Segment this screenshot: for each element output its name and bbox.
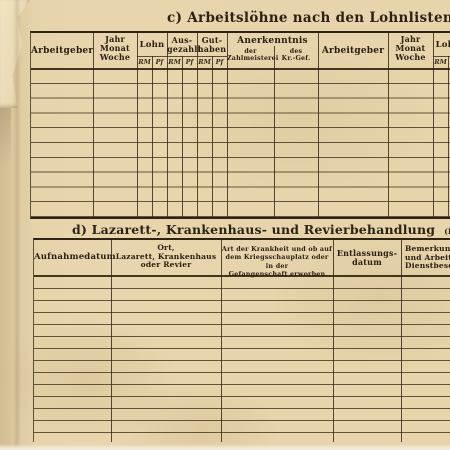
section-c-title: c) Arbeitslöhne nach den Lohnlisten: [160, 10, 450, 26]
col-header-arbeitgeber: Arbeitgeber: [31, 46, 93, 56]
col-header-zahlmeisterei: der Zahlmeisterei: [227, 48, 274, 62]
section-d-title: d) Lazarett-, Krankenhaus- und Revierbeh…: [72, 219, 450, 238]
col-header-guthaben: Gut- haben: [197, 36, 227, 54]
paper-crease: [13, 0, 21, 450]
scanned-form-page: c) Arbeitslöhne nach den Lohnlisten Arbe…: [0, 0, 450, 450]
col-header-entlassungsdatum: Entlassungs- datum: [333, 249, 401, 267]
col-header-bemerkungen: Bemerkungen und Arbeits- Dienstbescheini…: [405, 245, 450, 271]
wages-table: Arbeitgeber Jahr Monat Woche Lohn Aus- g…: [30, 31, 450, 219]
col-header-jahr-monat-woche-2: Jahr Monat Woche: [388, 35, 433, 63]
col-header-arbeitgeber-2: Arbeitgeber: [318, 46, 388, 56]
scan-bottom-edge: [0, 444, 450, 450]
col-header-ort-lazarett: Ort, Lazarett, Krankenhaus oder Revier: [111, 244, 221, 270]
col-header-kr-gef: des Kr.-Gef.: [274, 48, 318, 62]
col-header-art-der-krankheit: Art der Krankheit und ob auf dem Kriegss…: [221, 245, 333, 278]
section-d-title-note: (Krankenblätter, D. B.-Verhandl: [444, 227, 450, 236]
subcol-rm: RM: [137, 58, 152, 66]
subcol-pf: Pf: [212, 58, 227, 66]
col-header-jahr-monat-woche: Jahr Monat Woche: [93, 35, 137, 63]
grid-line: [137, 56, 227, 57]
subcol-pf: Pf: [182, 58, 197, 66]
grid-line: [433, 56, 450, 57]
table-rows: [31, 69, 450, 217]
section-d-title-text: d) Lazarett-, Krankenhaus- und Revierbeh…: [72, 222, 435, 237]
subcol-pf: Pf: [152, 58, 167, 66]
col-header-aufnahmedatum: Aufnahmedatum: [34, 253, 111, 263]
col-header-ausgezahlt: Aus- gezahlt: [167, 36, 197, 54]
col-header-lohn-2: Lohn: [433, 41, 450, 51]
hospital-table: Aufnahmedatum Ort, Lazarett, Krankenhaus…: [33, 238, 450, 442]
col-header-anerkenntnis: Anerkenntnis: [227, 36, 318, 46]
col-header-lohn: Lohn: [137, 41, 167, 51]
subcol-rm: RM: [433, 58, 448, 66]
subcol-rm: RM: [197, 58, 212, 66]
subcol-rm: RM: [167, 58, 182, 66]
table-rows: [34, 277, 450, 442]
